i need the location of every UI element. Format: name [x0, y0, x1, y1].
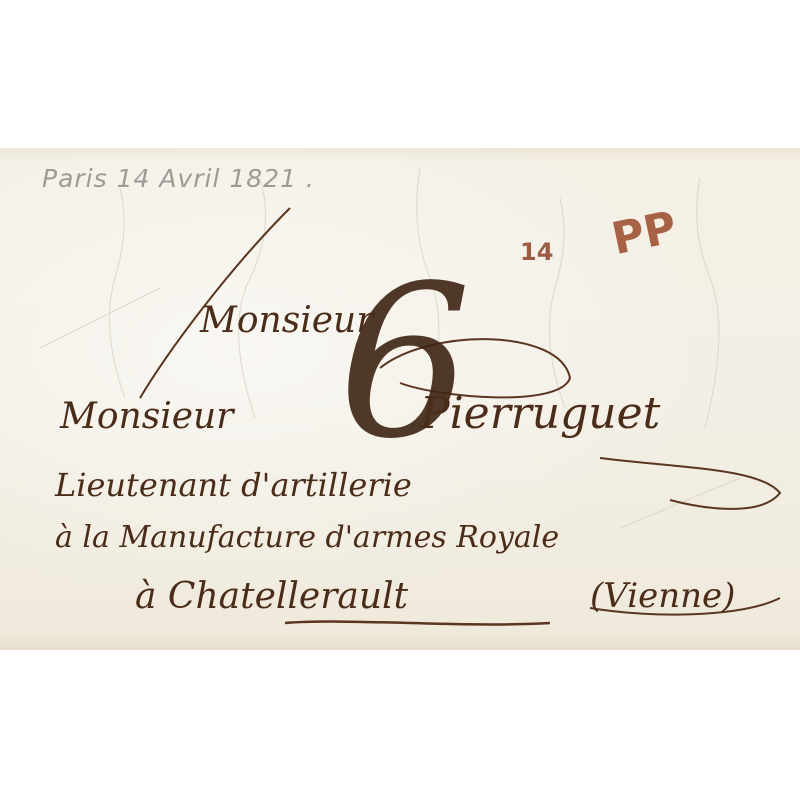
pencil-date-note: Paris 14 Avril 1821 . [42, 164, 315, 193]
address-line-institution: à la Manufacture d'armes Royale [55, 520, 559, 555]
address-line-department: (Vienne) [590, 576, 735, 616]
address-line-name: Pierruguet [420, 388, 660, 439]
postmark-number: 14 [520, 238, 553, 266]
address-line-rank: Lieutenant d'artillerie [55, 466, 412, 504]
letter-paper: Paris 14 Avril 1821 . 14 PP 6 Monsieur M… [0, 148, 800, 650]
address-line-title: Monsieur [60, 396, 233, 437]
address-line-salutation: Monsieur [200, 300, 373, 341]
address-line-city: à Chatellerault [135, 576, 408, 617]
